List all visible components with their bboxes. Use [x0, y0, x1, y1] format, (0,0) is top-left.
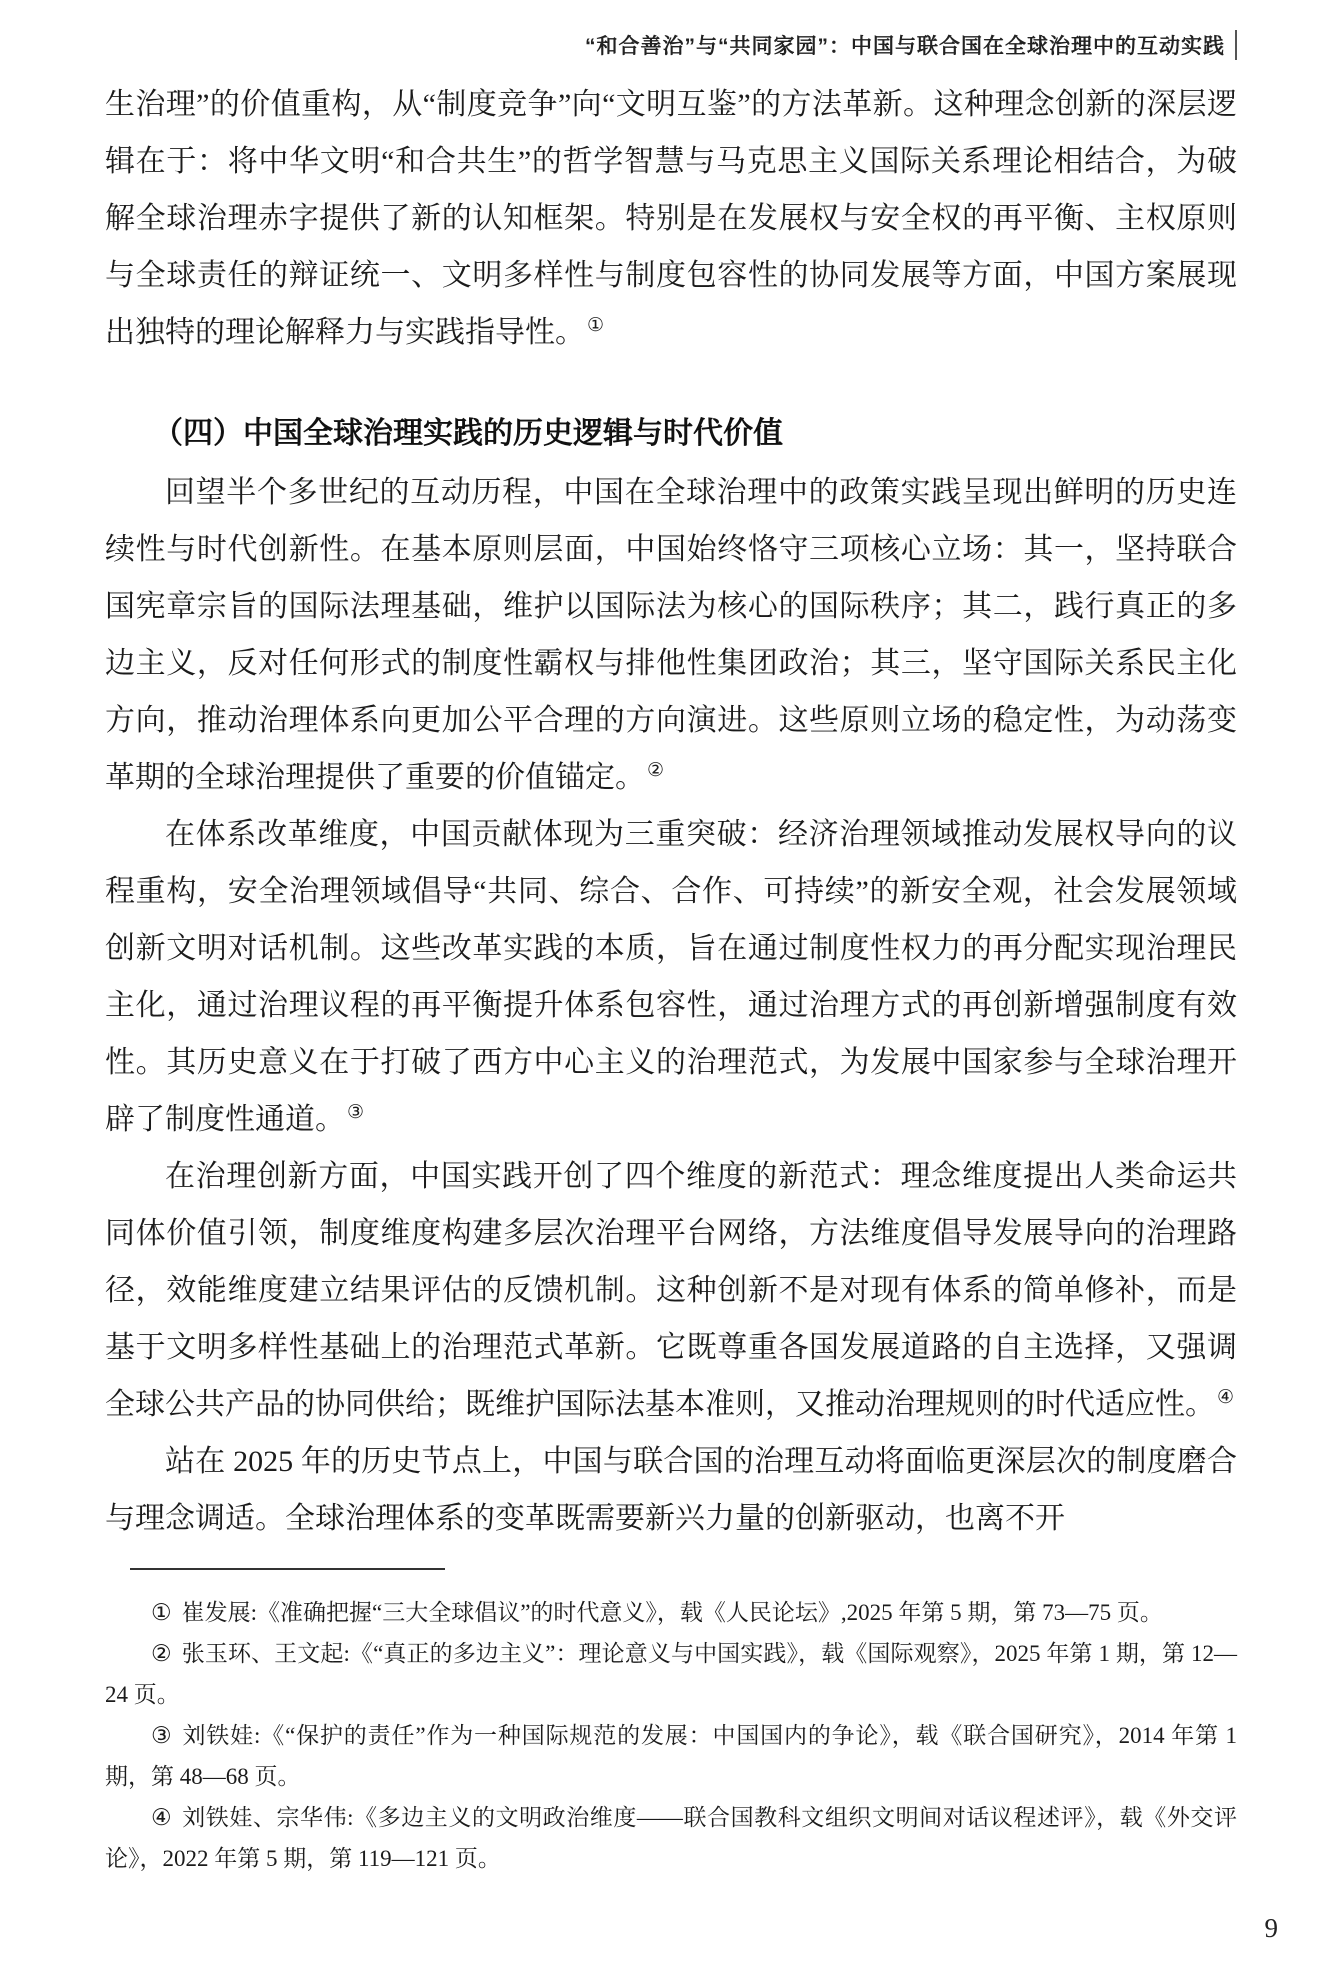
footnote-1-marker: ① — [151, 1600, 172, 1625]
footnote-ref-4: ④ — [1217, 1387, 1234, 1408]
paragraph-1: 生治理”的价值重构，从“制度竞争”向“文明互鉴”的方法革新。这种理念创新的深层逻… — [105, 76, 1237, 361]
footnote-4-text: 刘铁娃、宗华伟:《多边主义的文明政治维度——联合国教科文组织文明间对话议程述评》… — [105, 1805, 1237, 1871]
footnote-3-text: 刘铁娃:《“保护的责任”作为一种国际规范的发展：中国国内的争论》，载《联合国研究… — [105, 1723, 1237, 1789]
document-page: “和合善治”与“共同家园”：中国与联合国在全球治理中的互动实践 生治理”的价值重… — [0, 0, 1340, 1970]
paragraph-4: 在治理创新方面，中国实践开创了四个维度的新范式：理念维度提出人类命运共同体价值引… — [105, 1148, 1237, 1433]
paragraph-3-text: 在体系改革维度，中国贡献体现为三重突破：经济治理领域推动发展权导向的议程重构，安… — [105, 818, 1237, 1136]
paragraph-2-text: 回望半个多世纪的互动历程，中国在全球治理中的政策实践呈现出鲜明的历史连续性与时代… — [105, 476, 1237, 794]
paragraph-1-text: 生治理”的价值重构，从“制度竞争”向“文明互鉴”的方法革新。这种理念创新的深层逻… — [105, 88, 1237, 349]
footnote-3: ③刘铁娃:《“保护的责任”作为一种国际规范的发展：中国国内的争论》，载《联合国研… — [105, 1715, 1237, 1797]
footnote-2-text: 张玉环、王文起:《“真正的多边主义”：理论意义与中国实践》，载《国际观察》，20… — [105, 1641, 1237, 1707]
footnote-3-marker: ③ — [151, 1723, 172, 1748]
footnote-ref-2: ② — [647, 760, 664, 781]
footnote-1: ①崔发展:《准确把握“三大全球倡议”的时代意义》，载《人民论坛》,2025 年第… — [105, 1592, 1237, 1633]
footnote-separator-line — [130, 1568, 445, 1570]
running-header-title: “和合善治”与“共同家园”：中国与联合国在全球治理中的互动实践 — [585, 30, 1225, 60]
paragraph-5-text: 站在 2025 年的历史节点上，中国与联合国的治理互动将面临更深层次的制度磨合与… — [105, 1445, 1237, 1535]
footnotes-section: ①崔发展:《准确把握“三大全球倡议”的时代意义》，载《人民论坛》,2025 年第… — [105, 1568, 1237, 1879]
footnote-2: ②张玉环、王文起:《“真正的多边主义”：理论意义与中国实践》，载《国际观察》，2… — [105, 1633, 1237, 1715]
footnote-4-marker: ④ — [151, 1805, 172, 1830]
paragraph-4-text: 在治理创新方面，中国实践开创了四个维度的新范式：理念维度提出人类命运共同体价值引… — [105, 1160, 1237, 1421]
section-heading: （四）中国全球治理实践的历史逻辑与时代价值 — [105, 405, 1237, 462]
paragraph-2: 回望半个多世纪的互动历程，中国在全球治理中的政策实践呈现出鲜明的历史连续性与时代… — [105, 464, 1237, 806]
paragraph-5: 站在 2025 年的历史节点上，中国与联合国的治理互动将面临更深层次的制度磨合与… — [105, 1433, 1237, 1547]
paragraph-3: 在体系改革维度，中国贡献体现为三重突破：经济治理领域推动发展权导向的议程重构，安… — [105, 806, 1237, 1148]
footnote-1-text: 崔发展:《准确把握“三大全球倡议”的时代意义》，载《人民论坛》,2025 年第 … — [182, 1600, 1163, 1625]
footnote-4: ④刘铁娃、宗华伟:《多边主义的文明政治维度——联合国教科文组织文明间对话议程述评… — [105, 1797, 1237, 1879]
page-number: 9 — [1265, 1913, 1279, 1944]
footnote-ref-3: ③ — [347, 1102, 364, 1123]
running-header: “和合善治”与“共同家园”：中国与联合国在全球治理中的互动实践 — [585, 30, 1237, 60]
page-body: 生治理”的价值重构，从“制度竞争”向“文明互鉴”的方法革新。这种理念创新的深层逻… — [105, 76, 1237, 1547]
footnote-ref-1: ① — [587, 315, 604, 336]
footnote-2-marker: ② — [151, 1641, 172, 1666]
header-divider-bar — [1235, 30, 1237, 60]
